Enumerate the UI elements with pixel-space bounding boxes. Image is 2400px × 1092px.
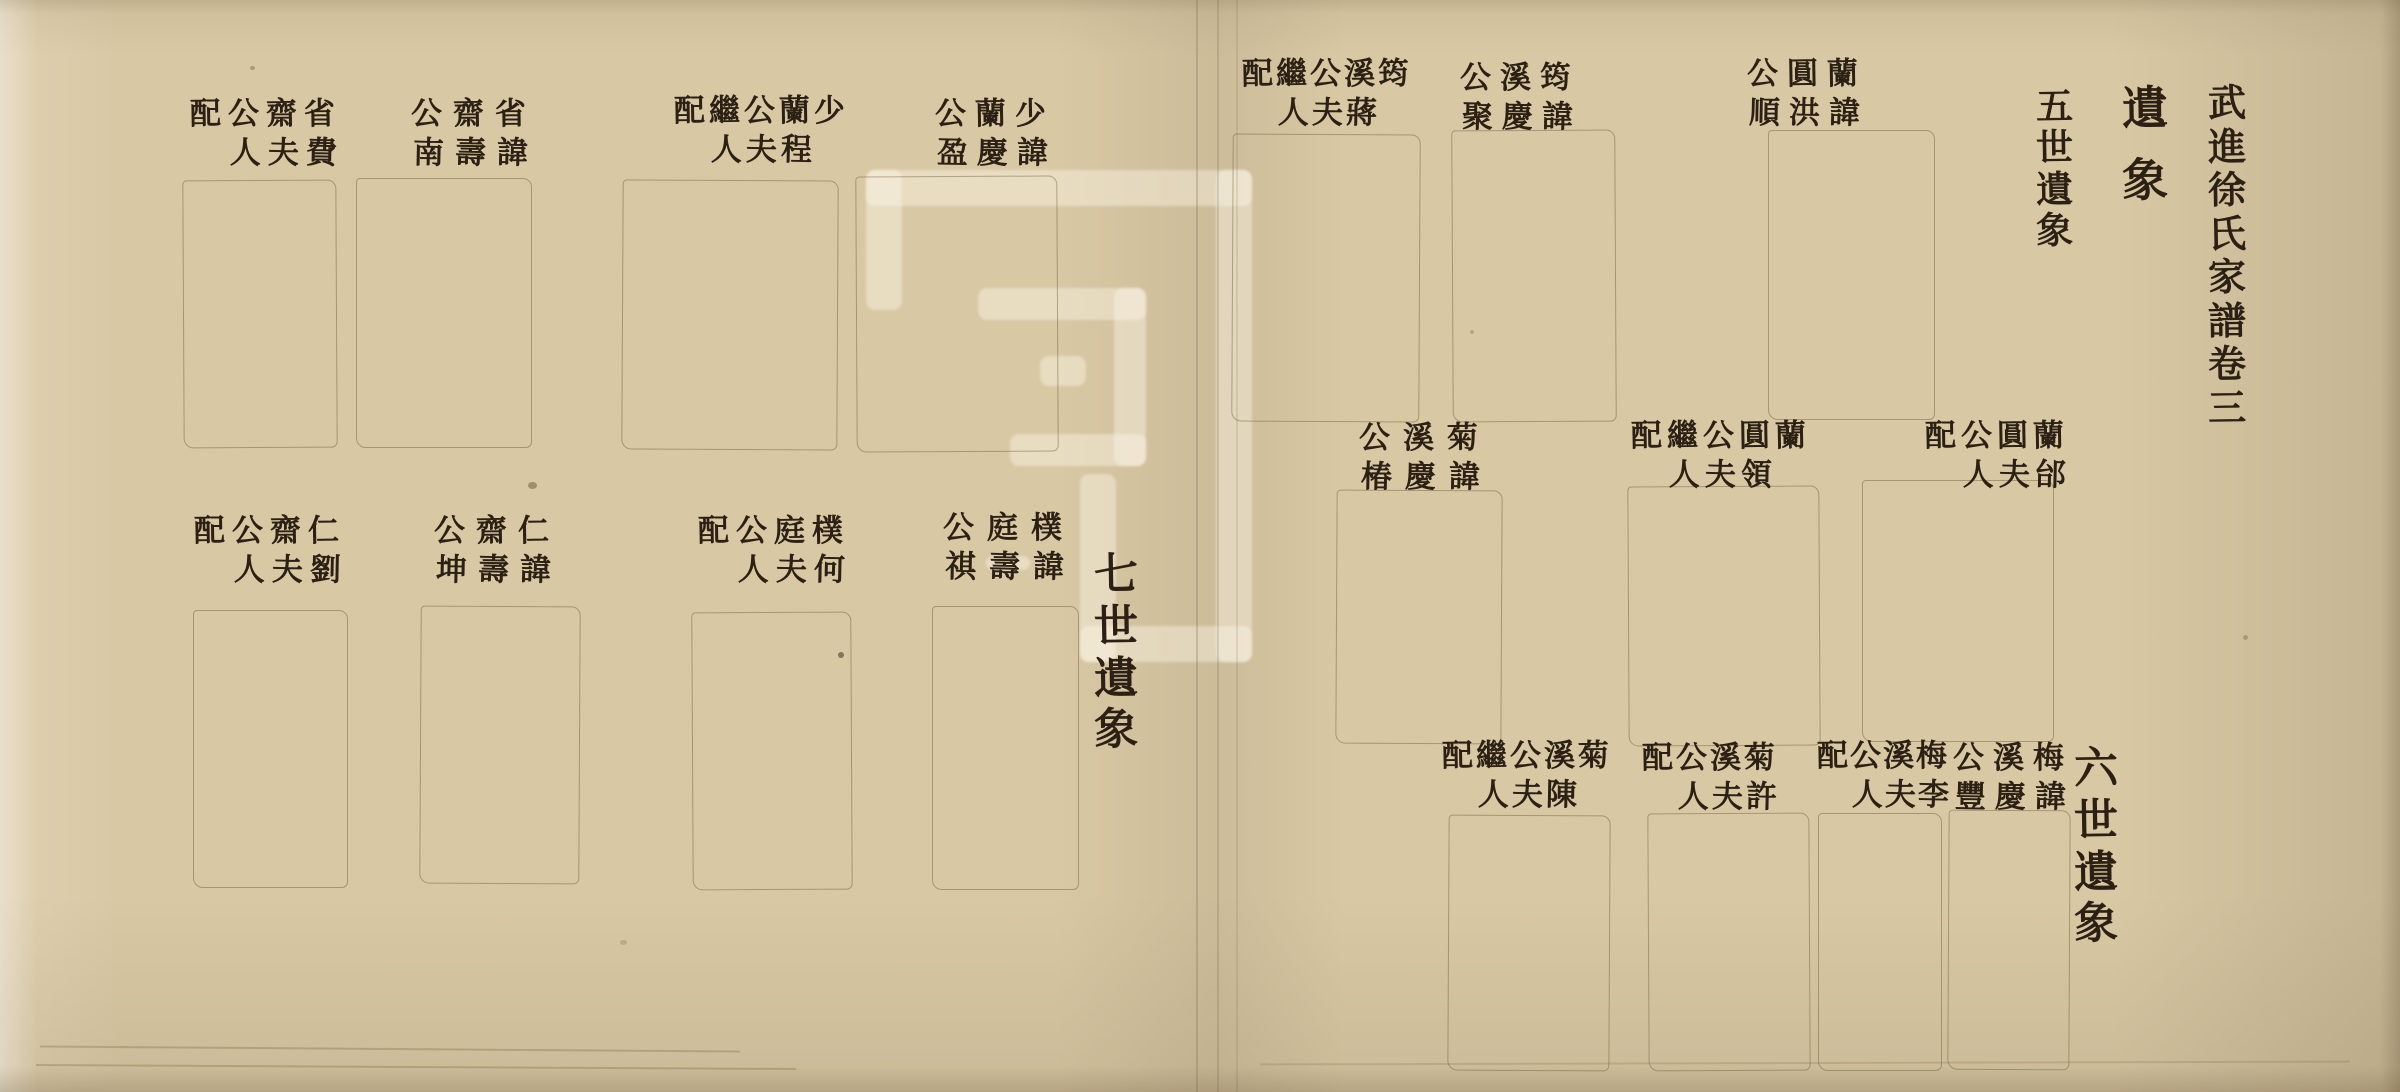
label-char: 公 (1850, 740, 1882, 773)
label-char: 蔣 (1345, 97, 1377, 130)
right-page-edge (2380, 0, 2400, 1092)
label-char: 公 (1952, 742, 1984, 775)
label-char: 齋 (269, 515, 301, 548)
section-marker-generation-7: 七世遺象 (1094, 552, 1138, 753)
marker-char: 五 (2036, 88, 2074, 127)
label-column: 繼人 (1664, 420, 1700, 491)
label-char: 夫 (746, 134, 778, 167)
portrait-frame (855, 175, 1058, 452)
marker-char: 遺 (1094, 655, 1139, 702)
label-char: 人 (233, 554, 265, 587)
title-char: 家 (2208, 258, 2247, 298)
top-page-edge (0, 0, 2400, 14)
label-column: 少 (812, 95, 847, 127)
label-char: 人 (1277, 97, 1309, 130)
label-char: 配 (1630, 420, 1662, 453)
label-char: 溪 (1709, 742, 1741, 775)
label-column: 齋夫 (266, 515, 304, 586)
label-column: 配 (1640, 742, 1674, 774)
label-char: 許 (1745, 781, 1777, 814)
label-char: 梅 (2032, 742, 2064, 775)
portrait-label-lanyuan-pei: 蘭邰圓夫公人配 (1922, 420, 2066, 491)
label-column: 繼人 (1274, 58, 1308, 129)
page-stack-line (36, 1064, 796, 1069)
label-char: 夫 (267, 137, 299, 170)
label-char: 蘭 (779, 95, 811, 128)
label-char: 溪 (1402, 422, 1434, 455)
label-char: 盈 (936, 137, 968, 170)
label-column: 庭夫 (770, 515, 808, 586)
label-column: 圓夫 (1994, 420, 2030, 491)
label-char: 人 (1677, 781, 1709, 814)
label-char: 人 (1668, 459, 1700, 492)
label-column: 省諱 (489, 98, 531, 169)
label-column: 公夫 (1700, 420, 1736, 491)
portrait-frame (1627, 485, 1820, 746)
portrait-frame (182, 180, 337, 449)
label-column: 公椿 (1352, 422, 1396, 493)
label-char: 公 (934, 98, 966, 131)
portrait-frame (1947, 810, 2070, 1071)
label-column: 梅諱 (2028, 742, 2068, 813)
label-char: 劉 (309, 554, 341, 587)
label-char: 公 (1509, 740, 1541, 773)
label-char: 邰 (2034, 459, 2066, 492)
section-marker-generation-5: 五世遺象 (2036, 88, 2073, 251)
label-column: 公南 (405, 98, 447, 169)
label-char: 陳 (1545, 779, 1577, 812)
label-char: 諱 (1016, 137, 1048, 170)
portrait-frame (1231, 134, 1421, 423)
label-char: 公 (410, 98, 442, 131)
label-char: 夫 (1711, 781, 1743, 814)
label-char: 庭 (986, 512, 1018, 545)
portrait-frame (1818, 813, 1942, 1071)
label-column: 溪夫 (1708, 742, 1742, 813)
label-char: 省 (303, 98, 335, 131)
label-char: 配 (1241, 58, 1273, 91)
marker-char: 象 (2074, 901, 2119, 948)
label-char: 公 (231, 515, 263, 548)
label-column: 繼人 (1474, 740, 1508, 811)
label-column: 配 (1922, 420, 1958, 452)
label-char: 洪 (1788, 97, 1820, 130)
label-column: 蘭邰 (2030, 420, 2066, 491)
label-char: 豐 (1954, 781, 1986, 814)
portrait-frame (1451, 130, 1617, 423)
label-char: 樸 (1030, 512, 1062, 545)
label-column: 配 (1440, 740, 1474, 772)
portrait-label-juxi-jipei: 菊溪陳公夫繼人配 (1440, 740, 1610, 811)
label-column: 蘭程 (777, 95, 812, 166)
label-char: 公 (433, 515, 465, 548)
label-char: 程 (781, 134, 813, 167)
label-char: 菊 (1446, 422, 1478, 455)
label-column: 公坤 (428, 515, 470, 586)
label-char: 領 (1740, 459, 1772, 492)
marker-char: 遺 (2122, 85, 2169, 134)
scanned-book-photo: { "document": { "title": "武進徐氏家譜卷三", "sp… (0, 0, 2400, 1092)
label-column: 配 (186, 98, 224, 130)
label-char: 圓 (1786, 58, 1818, 91)
label-column: 公人 (228, 515, 266, 586)
label-char: 諱 (1032, 551, 1064, 584)
label-char: 配 (1924, 420, 1956, 453)
portrait-frame (621, 179, 838, 450)
portrait-frame (691, 612, 852, 891)
label-char: 仁 (517, 515, 549, 548)
label-char: 配 (1817, 740, 1849, 773)
label-column: 齋壽 (470, 515, 512, 586)
label-column: 仁諱 (512, 515, 554, 586)
label-char: 公 (1358, 422, 1390, 455)
label-char: 仁 (307, 515, 339, 548)
label-column: 溪蔣 (1342, 58, 1376, 129)
label-char: 公 (1309, 58, 1341, 91)
label-column: 筠 (1376, 58, 1410, 90)
portrait-frame (1768, 130, 1935, 420)
label-column: 齋壽 (447, 98, 489, 169)
label-column: 公人 (224, 98, 262, 169)
label-column: 配 (1628, 420, 1664, 452)
label-char: 諱 (1828, 97, 1860, 130)
label-char: 蘭 (1826, 58, 1858, 91)
label-char: 繼 (1475, 740, 1507, 773)
marker-char: 七 (1094, 552, 1139, 599)
title-char: 武 (2208, 84, 2247, 124)
label-char: 何 (813, 554, 845, 587)
label-char: 夫 (775, 554, 807, 587)
label-char: 蘭 (2032, 420, 2064, 453)
label-column: 溪夫 (1882, 740, 1915, 811)
left-page-edge (0, 0, 38, 1092)
label-char: 人 (1962, 459, 1994, 492)
label-char: 祺 (944, 551, 976, 584)
marker-char: 象 (2036, 212, 2074, 251)
portrait-label-shaolan-hui: 少諱蘭慶公盈 (930, 98, 1050, 169)
label-char: 齋 (475, 515, 507, 548)
label-char: 壽 (477, 554, 509, 587)
label-column: 溪慶 (1988, 742, 2028, 813)
label-char: 壽 (454, 137, 486, 170)
label-char: 溪 (1883, 740, 1915, 773)
marker-char: 象 (1094, 707, 1139, 754)
label-column: 公人 (732, 515, 770, 586)
label-char: 溪 (1499, 62, 1531, 95)
label-column: 繼人 (707, 95, 742, 166)
marker-char: 世 (2036, 129, 2074, 168)
gutter-fold-line (1217, 0, 1219, 1092)
label-char: 諱 (2034, 781, 2066, 814)
label-char: 少 (814, 95, 846, 128)
label-char: 菊 (1577, 740, 1609, 773)
label-column: 公祺 (936, 512, 980, 583)
portrait-label-renzhai-pei: 仁劉齋夫公人配 (190, 515, 342, 586)
label-char: 菊 (1743, 742, 1775, 775)
paper-stain (620, 940, 627, 945)
label-column: 配 (190, 515, 228, 547)
label-column: 配 (694, 515, 732, 547)
label-column: 公盈 (930, 98, 970, 169)
label-char: 李 (1918, 779, 1950, 812)
label-column: 蘭慶 (970, 98, 1010, 169)
label-char: 夫 (1311, 97, 1343, 130)
portrait-label-juxi-hui: 菊諱溪慶公椿 (1352, 422, 1484, 493)
portrait-label-lanyuan-hui: 蘭諱圓洪公順 (1742, 58, 1862, 129)
portrait-frame (1335, 490, 1502, 745)
label-char: 公 (1459, 62, 1491, 95)
title-char: 三 (2208, 388, 2247, 428)
label-char: 齋 (452, 98, 484, 131)
portrait-frame (932, 606, 1079, 890)
paper-stain (250, 66, 255, 70)
label-char: 圓 (1738, 420, 1770, 453)
portrait-label-shaolan-jipei: 少蘭程公夫繼人配 (672, 95, 847, 166)
label-char: 配 (189, 98, 221, 131)
label-column: 配 (1240, 58, 1274, 90)
label-char: 公 (735, 515, 767, 548)
paper-stain (528, 482, 537, 489)
label-column: 公夫 (1308, 58, 1342, 129)
portrait-label-meixi-pei: 梅李溪夫公人配 (1816, 740, 1948, 811)
portrait-label-renzhai-hui: 仁諱齋壽公坤 (428, 515, 554, 586)
label-char: 夫 (1998, 459, 2030, 492)
label-char: 慶 (1501, 101, 1533, 134)
label-column: 少諱 (1010, 98, 1050, 169)
label-char: 公 (1746, 58, 1778, 91)
portrait-label-yunxi-hui: 筠諱溪慶公聚 (1455, 62, 1575, 133)
portrait-frame (193, 610, 348, 888)
label-char: 夫 (271, 554, 303, 587)
label-char: 筠 (1377, 58, 1409, 91)
label-char: 庭 (773, 515, 805, 548)
label-char: 溪 (1992, 742, 2024, 775)
portrait-label-puting-pei: 樸何庭夫公人配 (694, 515, 846, 586)
portrait-label-lanyuan-jipei: 蘭圓領公夫繼人配 (1628, 420, 1808, 491)
label-char: 坤 (435, 554, 467, 587)
label-column: 公順 (1742, 58, 1782, 129)
label-column: 庭壽 (980, 512, 1024, 583)
label-char: 溪 (1543, 740, 1575, 773)
portrait-frame (1862, 480, 2054, 742)
label-char: 公 (227, 98, 259, 131)
label-column: 圓洪 (1782, 58, 1822, 129)
label-char: 人 (1477, 779, 1509, 812)
label-column: 蘭諱 (1822, 58, 1862, 129)
label-char: 人 (229, 137, 261, 170)
label-column: 蘭 (1772, 420, 1808, 452)
title-char: 氏 (2208, 214, 2247, 254)
title-char: 卷 (2208, 345, 2247, 385)
portrait-frame (356, 178, 532, 448)
label-char: 筠 (1539, 62, 1571, 95)
portrait-label-yunxi-jipei: 筠溪蔣公夫繼人配 (1240, 58, 1410, 129)
label-column: 梅李 (1915, 740, 1948, 811)
label-char: 公 (1702, 420, 1734, 453)
label-char: 公 (744, 95, 776, 128)
portrait-label-juxi-pei: 菊許溪夫公人配 (1640, 742, 1776, 813)
label-column: 菊許 (1742, 742, 1776, 813)
label-char: 順 (1748, 97, 1780, 130)
label-char: 公 (1960, 420, 1992, 453)
marker-char: 世 (2074, 797, 2119, 844)
label-column: 樸何 (808, 515, 846, 586)
label-column: 公人 (1958, 420, 1994, 491)
label-column: 齋夫 (262, 98, 300, 169)
portrait-label-shengzhai-pei: 省費齋夫公人配 (186, 98, 338, 169)
marker-char: 世 (1094, 603, 1139, 650)
label-char: 配 (697, 515, 729, 548)
label-column: 配 (672, 95, 707, 127)
label-char: 諱 (519, 554, 551, 587)
label-char: 慶 (1404, 461, 1436, 494)
marker-char: 遺 (2074, 849, 2119, 896)
label-column: 公夫 (742, 95, 777, 166)
label-column: 仁劉 (304, 515, 342, 586)
label-column: 公聚 (1455, 62, 1495, 133)
label-column: 溪慶 (1396, 422, 1440, 493)
label-char: 蘭 (974, 98, 1006, 131)
paper-stain (2243, 635, 2248, 640)
volume-title: 武進徐氏家譜卷三 (2208, 84, 2246, 428)
label-char: 配 (1441, 740, 1473, 773)
label-column: 筠諱 (1535, 62, 1575, 133)
label-char: 人 (1852, 779, 1884, 812)
label-char: 費 (305, 137, 337, 170)
label-column: 公夫 (1508, 740, 1542, 811)
label-column: 溪陳 (1542, 740, 1576, 811)
label-char: 諱 (1448, 461, 1480, 494)
label-column: 省費 (300, 98, 338, 169)
label-column: 菊 (1576, 740, 1610, 772)
label-char: 南 (412, 137, 444, 170)
label-char: 諱 (1541, 101, 1573, 134)
portrait-frame (1647, 813, 1810, 1072)
label-char: 諱 (496, 137, 528, 170)
title-char: 徐 (2208, 171, 2247, 211)
portrait-label-puting-hui: 樸諱庭壽公祺 (936, 512, 1068, 583)
label-char: 溪 (1343, 58, 1375, 91)
label-char: 繼 (1666, 420, 1698, 453)
label-char: 公 (942, 512, 974, 545)
label-char: 夫 (1885, 779, 1917, 812)
label-char: 聚 (1461, 101, 1493, 134)
label-char: 繼 (709, 95, 741, 128)
portrait-label-meixi-hui: 梅諱溪慶公豐 (1948, 742, 2068, 813)
page-stack-line (40, 1046, 740, 1052)
label-char: 配 (1641, 742, 1673, 775)
portrait-frame (419, 606, 580, 885)
label-char: 椿 (1360, 461, 1392, 494)
label-column: 樸諱 (1024, 512, 1068, 583)
marker-char: 遺 (2036, 171, 2074, 210)
gutter-fold-line (1196, 0, 1198, 1092)
section-marker-yixiang: 遺象 (2122, 85, 2168, 205)
label-char: 夫 (1704, 459, 1736, 492)
marker-char: 六 (2074, 746, 2119, 793)
label-column: 公豐 (1948, 742, 1988, 813)
label-char: 少 (1014, 98, 1046, 131)
label-char: 梅 (1916, 740, 1948, 773)
portrait-label-shengzhai-hui: 省諱齋壽公南 (405, 98, 531, 169)
label-char: 樸 (811, 515, 843, 548)
book-spread: 蘭諱圓洪公順筠諱溪慶公聚筠溪蔣公夫繼人配菊諱溪慶公椿蘭圓領公夫繼人配蘭邰圓夫公人… (0, 0, 2400, 1092)
label-column: 溪慶 (1495, 62, 1535, 133)
label-column: 圓領 (1736, 420, 1772, 491)
label-char: 配 (193, 515, 225, 548)
label-char: 慶 (1994, 781, 2026, 814)
label-char: 公 (1675, 742, 1707, 775)
label-char: 齋 (265, 98, 297, 131)
portrait-frame (1447, 815, 1610, 1072)
title-char: 進 (2208, 127, 2247, 167)
label-char: 壽 (988, 551, 1020, 584)
label-column: 公人 (1674, 742, 1708, 813)
label-column: 公人 (1849, 740, 1882, 811)
label-char: 人 (711, 134, 743, 167)
section-marker-generation-6: 六世遺象 (2074, 746, 2118, 947)
label-char: 蘭 (1774, 420, 1806, 453)
label-char: 慶 (976, 137, 1008, 170)
label-column: 配 (1816, 740, 1849, 772)
label-char: 圓 (1996, 420, 2028, 453)
label-char: 人 (737, 554, 769, 587)
label-char: 夫 (1511, 779, 1543, 812)
label-char: 配 (674, 95, 706, 128)
label-char: 繼 (1275, 58, 1307, 91)
label-char: 省 (494, 98, 526, 131)
label-column: 菊諱 (1440, 422, 1484, 493)
marker-char: 象 (2122, 156, 2169, 205)
title-char: 譜 (2208, 301, 2247, 341)
